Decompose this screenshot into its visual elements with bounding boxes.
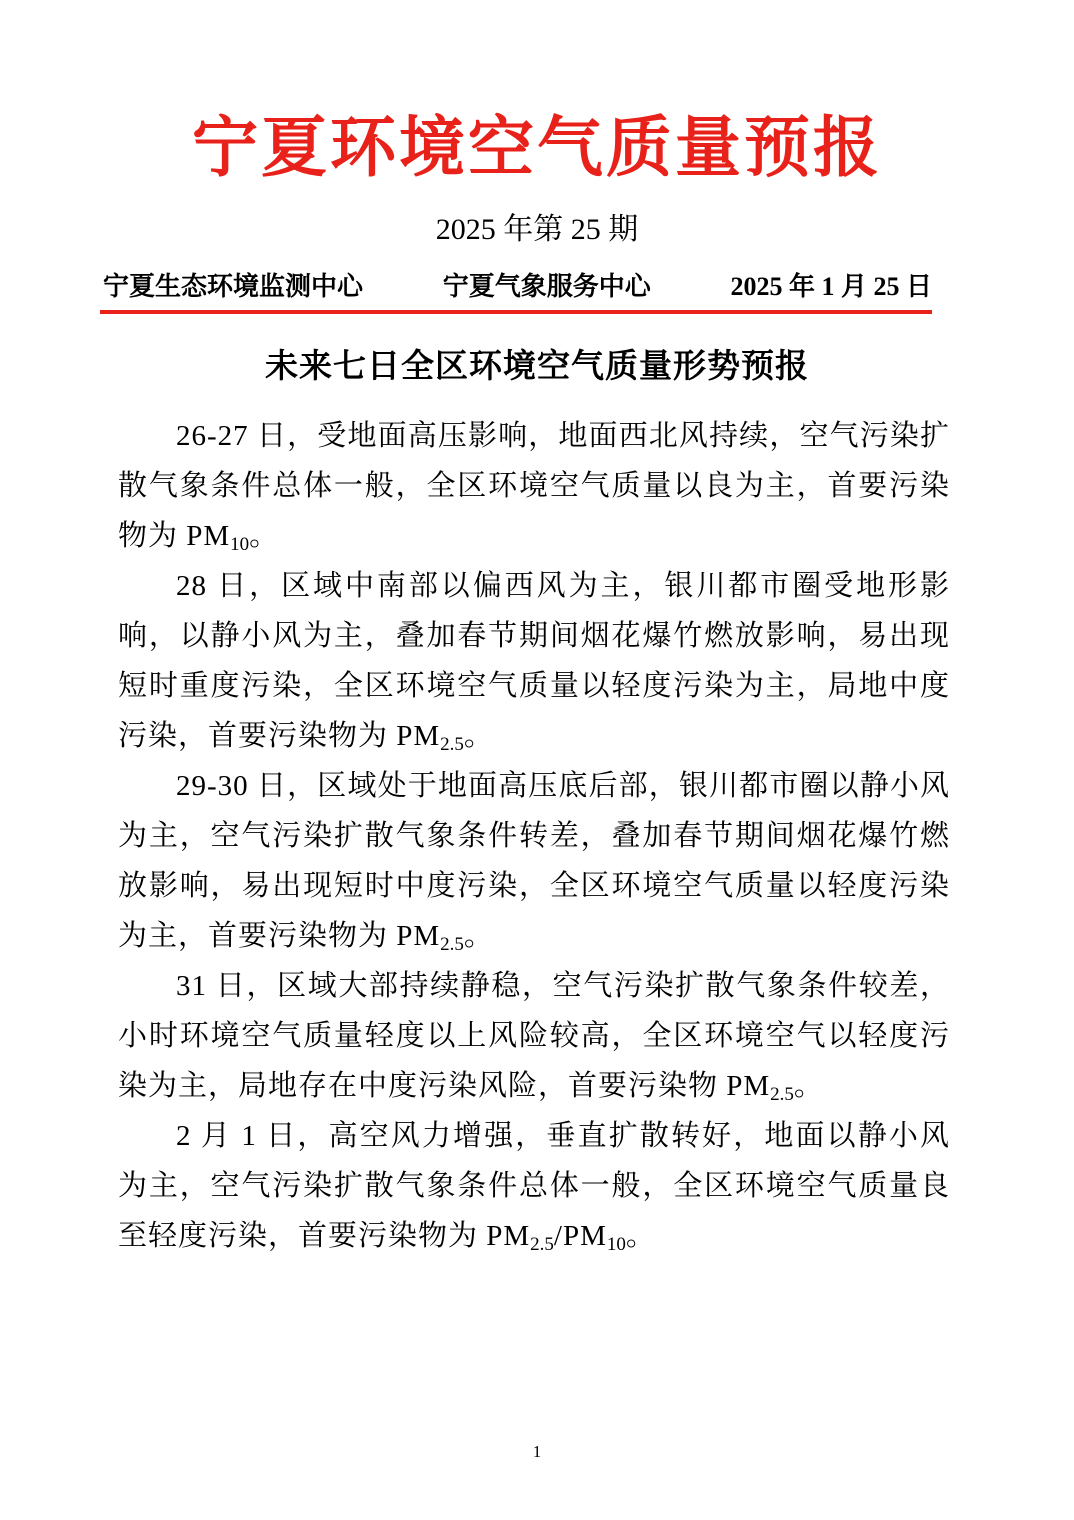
red-divider [100,310,932,314]
issue-date: 2025 年 1 月 25 日 [730,271,932,302]
page-number: 1 [0,1442,1074,1462]
header-row: 宁夏生态环境监测中心 宁夏气象服务中心 2025 年 1 月 25 日 [103,271,932,302]
document-page: 宁夏环境空气质量预报 2025 年第 25 期 宁夏生态环境监测中心 宁夏气象服… [0,0,1074,1520]
document-title: 宁夏环境空气质量预报 [0,0,1074,182]
forecast-body: 26-27 日，受地面高压影响，地面西北风持续，空气污染扩散气象条件总体一般，全… [118,411,950,1261]
forecast-paragraph: 31 日，区域大部持续静稳，空气污染扩散气象条件较差，小时环境空气质量轻度以上风… [118,961,950,1111]
forecast-paragraph: 2 月 1 日，高空风力增强，垂直扩散转好，地面以静小风为主，空气污染扩散气象条… [118,1111,950,1261]
org-weather-service-center: 宁夏气象服务中心 [443,271,651,302]
forecast-paragraph: 28 日，区域中南部以偏西风为主，银川都市圈受地形影响，以静小风为主，叠加春节期… [118,561,950,761]
section-title: 未来七日全区环境空气质量形势预报 [0,346,1074,389]
forecast-paragraph: 26-27 日，受地面高压影响，地面西北风持续，空气污染扩散气象条件总体一般，全… [118,411,950,561]
forecast-paragraph: 29-30 日，区域处于地面高压底后部，银川都市圈以静小风为主，空气污染扩散气象… [118,761,950,961]
issue-number: 2025 年第 25 期 [0,210,1074,249]
org-monitoring-center: 宁夏生态环境监测中心 [103,271,363,302]
